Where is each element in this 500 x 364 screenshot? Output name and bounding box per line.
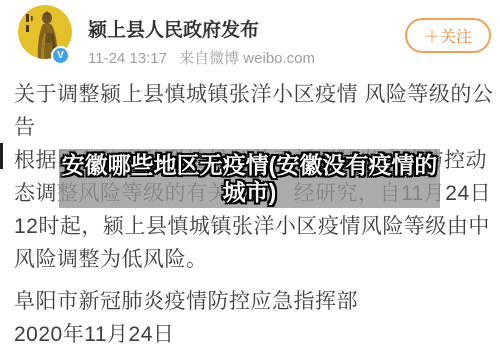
follow-button[interactable]: ＋关注 — [405, 18, 491, 53]
avatar[interactable]: V — [18, 5, 72, 59]
post-source-link[interactable]: 来自微博 weibo.com — [179, 50, 315, 67]
signature-date: 2020年11月24日 — [14, 318, 492, 351]
signature-authority: 阜阳市新冠肺炎疫情防控应急指挥部 — [14, 285, 492, 318]
post-text-line: 风险调整为低风险。 — [14, 243, 492, 276]
post-text-line: 12时起，颍上县慎城镇张洋小区疫情风险等级由中 — [14, 210, 492, 243]
account-name[interactable]: 颍上县人民政府发布 — [88, 15, 259, 42]
watermark-overlay: 安徽哪些地区无疫情(安徽没有疫情的 城市) — [59, 149, 440, 208]
verified-badge-icon: V — [51, 46, 70, 65]
watermark-title-line: 城市) — [223, 179, 277, 206]
post-meta: 11-24 13:17 来自微博 weibo.com — [88, 47, 315, 68]
post-text-line: 告 — [14, 111, 492, 144]
post-text-line: 关于调整颍上县慎城镇张洋小区疫情 风险等级的公 — [14, 78, 492, 111]
edge-artifact — [0, 143, 3, 169]
signature-block: 阜阳市新冠肺炎疫情防控应急指挥部 2020年11月24日 — [14, 285, 492, 351]
watermark-title-line: 安徽哪些地区无疫情(安徽没有疫情的 — [62, 152, 438, 179]
post-timestamp: 11-24 13:17 — [88, 50, 167, 67]
